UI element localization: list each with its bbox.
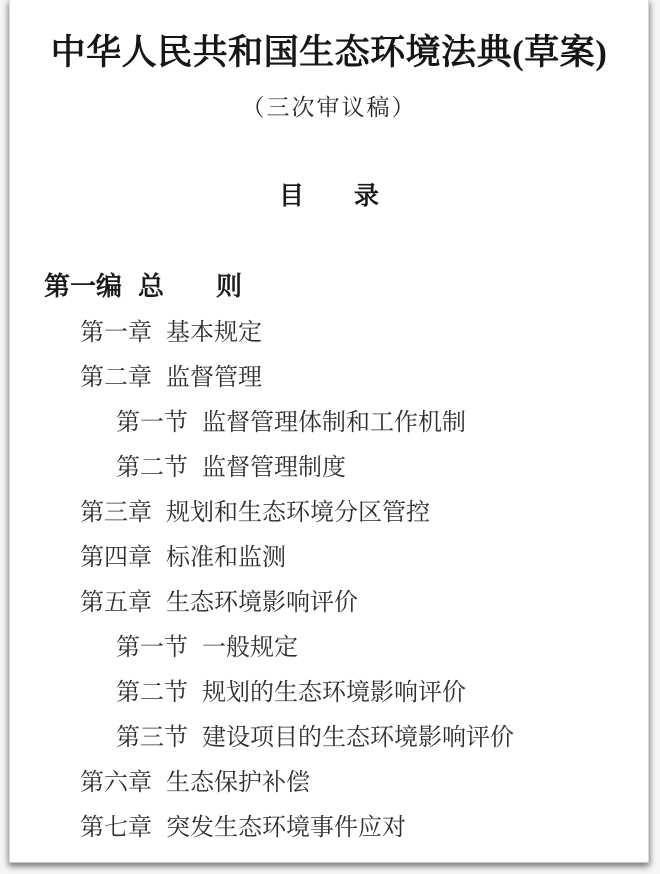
toc-entry-title: 一般规定 — [202, 627, 298, 662]
toc-entry-title: 突发生态环境事件应对 — [166, 807, 406, 842]
toc-entry-number: 第一节 — [116, 402, 188, 437]
toc-entry-title: 标准和监测 — [166, 537, 286, 572]
toc-entry-title: 基本规定 — [166, 312, 262, 347]
toc-entry-number: 第二章 — [80, 357, 152, 392]
toc-entry: 第二节监督管理制度 — [10, 442, 648, 487]
toc-entry-title: 总 则 — [138, 266, 242, 303]
toc-entry-number: 第五章 — [80, 582, 152, 617]
toc-entry-title: 规划和生态环境分区管控 — [166, 492, 430, 527]
toc-entry-number: 第一章 — [80, 312, 152, 347]
toc-entry-number: 第二节 — [116, 672, 188, 707]
toc-entry-title: 规划的生态环境影响评价 — [202, 672, 466, 707]
document-title: 中华人民共和国生态环境法典(草案) — [10, 0, 648, 74]
toc-entry-title: 监督管理体制和工作机制 — [202, 402, 466, 437]
toc-entry-title: 生态保护补偿 — [166, 762, 310, 797]
toc-entry-number: 第四章 — [80, 537, 152, 572]
toc-entry: 第二节规划的生态环境影响评价 — [10, 667, 648, 712]
toc-entry: 第七章突发生态环境事件应对 — [10, 802, 648, 847]
toc-entry: 第一章基本规定 — [10, 307, 648, 352]
document-page: 中华人民共和国生态环境法典(草案) （三次审议稿） 目 录 第一编总 则第一章基… — [9, 0, 649, 863]
toc-entry-number: 第二节 — [116, 447, 188, 482]
toc-entry: 第二章监督管理 — [10, 352, 648, 397]
toc-entry: 第一节监督管理体制和工作机制 — [10, 397, 648, 442]
toc-entry-number: 第一编 — [44, 266, 122, 303]
toc-entry-title: 生态环境影响评价 — [166, 582, 358, 617]
toc-entry-number: 第三节 — [116, 717, 188, 752]
toc-entry-number: 第六章 — [80, 762, 152, 797]
document-subtitle: （三次审议稿） — [10, 94, 648, 121]
toc-entry-number: 第七章 — [80, 807, 152, 842]
toc-entry-title: 监督管理 — [166, 357, 262, 392]
toc-entry-title: 监督管理制度 — [202, 447, 346, 482]
toc-entry: 第三节建设项目的生态环境影响评价 — [10, 712, 648, 757]
toc-entry: 第五章生态环境影响评价 — [10, 577, 648, 622]
toc-entry: 第三章规划和生态环境分区管控 — [10, 487, 648, 532]
toc-entry: 第四章标准和监测 — [10, 532, 648, 577]
toc-entry-number: 第一节 — [116, 627, 188, 662]
toc-heading: 目 录 — [10, 183, 648, 210]
toc-entry: 第一编总 则 — [10, 262, 648, 307]
toc-list: 第一编总 则第一章基本规定第二章监督管理第一节监督管理体制和工作机制第二节监督管… — [10, 262, 648, 847]
toc-entry: 第一节一般规定 — [10, 622, 648, 667]
toc-entry: 第六章生态保护补偿 — [10, 757, 648, 802]
toc-entry-title: 建设项目的生态环境影响评价 — [202, 717, 514, 752]
toc-entry-number: 第三章 — [80, 492, 152, 527]
